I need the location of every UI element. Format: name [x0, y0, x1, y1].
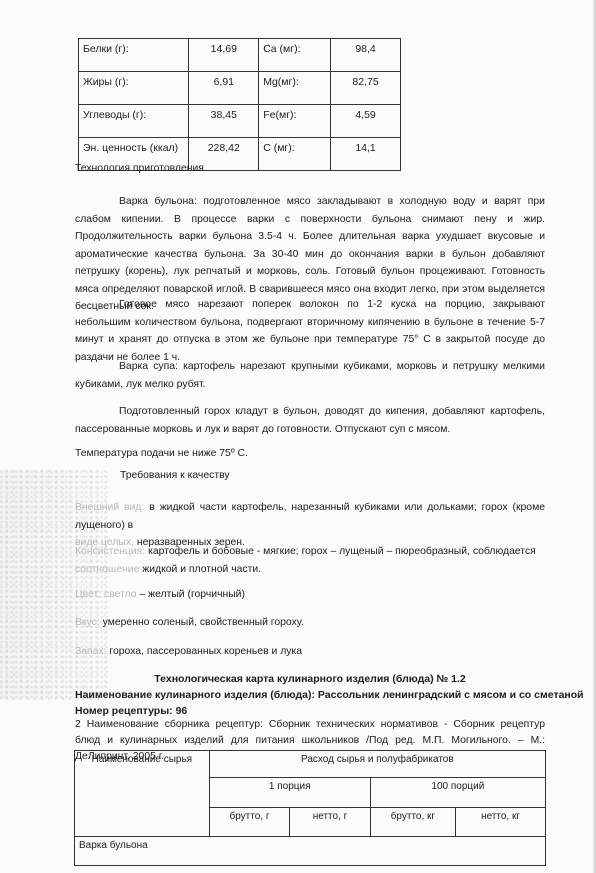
header-netto-kg: нетто, кг	[456, 808, 546, 837]
consistency-text: картофель и бобовые - мягкие; горох – лу…	[145, 546, 536, 557]
table-row: Варка бульона	[75, 837, 546, 866]
taste-label: Вкус:	[75, 617, 100, 628]
nutrient-value: 6,91	[189, 72, 259, 105]
appearance-label: Внешний вид:	[75, 502, 144, 513]
quality-title: Требования к качеству	[120, 467, 230, 485]
technology-title: Технология приготовления	[75, 160, 204, 178]
table-row: Углеводы (г): 38,45 Fe(мг): 4,59	[79, 105, 401, 138]
header-1-portion: 1 порция	[209, 778, 370, 808]
mineral-value: 82,75	[331, 72, 401, 105]
nutrient-label: Белки (г):	[79, 39, 189, 72]
color-label: Цвет: светло	[75, 589, 137, 600]
mineral-value: 4,59	[331, 105, 401, 138]
nutrient-value: 38,45	[189, 105, 259, 138]
table-header-row: Наименование сырья Расход сырья и полуфа…	[75, 751, 546, 778]
header-consumption: Расход сырья и полуфабрикатов	[209, 751, 545, 778]
header-brutto-kg: брутто, кг	[370, 808, 455, 837]
consistency-label: Консистенция:	[75, 546, 145, 557]
nutrient-value: 14,69	[189, 39, 259, 72]
mineral-label: Fe(мг):	[259, 105, 331, 138]
quality-smell: Запах: гороха, пассерованных кореньев и …	[75, 643, 302, 661]
mineral-value: 98,4	[331, 39, 401, 72]
appearance-text: в жидкой части картофель, нарезанный куб…	[75, 502, 545, 531]
smell-label: Запах:	[75, 646, 107, 657]
taste-text: умеренно соленый, свойственный гороху.	[100, 617, 304, 628]
paragraph-soup: Варка супа: картофель нарезают крупными …	[75, 358, 545, 393]
table-row: Жиры (г): 6,91 Mg(мг): 82,75	[79, 72, 401, 105]
quality-color: Цвет: светло – желтый (горчичный)	[75, 586, 245, 604]
recipe-table: Наименование сырья Расход сырья и полуфа…	[74, 750, 546, 866]
serving-temperature: Температура подачи не ниже 75º С.	[75, 445, 248, 463]
quality-consistency: Консистенция: картофель и бобовые - мягк…	[75, 543, 545, 578]
dish-name: Наименование кулинарного изделия (блюда)…	[75, 689, 584, 701]
nutrient-label: Углеводы (г):	[79, 105, 189, 138]
header-100-portions: 100 порций	[370, 778, 545, 808]
header-raw-material: Наименование сырья	[75, 751, 210, 837]
mineral-value: 14,1	[331, 138, 401, 171]
header-netto-g: нетто, г	[290, 808, 370, 837]
tech-card-title: Технологическая карта кулинарного издели…	[75, 673, 545, 685]
color-text: – желтый (горчичный)	[137, 589, 245, 600]
consistency-text2: жидкой и плотной части.	[139, 564, 261, 575]
paragraph-meat: Готовое мясо нарезают поперек волокон по…	[75, 296, 545, 366]
paragraph-peas: Подготовленный горох кладут в бульон, до…	[75, 403, 545, 438]
section-row-broth: Варка бульона	[75, 837, 546, 866]
nutrition-table: Белки (г): 14,69 Ca (мг): 98,4 Жиры (г):…	[78, 38, 401, 171]
mineral-label: C (мг):	[259, 138, 331, 171]
quality-taste: Вкус: умеренно соленый, свойственный гор…	[75, 614, 304, 632]
mineral-label: Mg(мг):	[259, 72, 331, 105]
consistency-faded: соотношение	[75, 564, 139, 575]
smell-text: гороха, пассерованных кореньев и лука	[107, 646, 302, 657]
mineral-label: Ca (мг):	[259, 39, 331, 72]
nutrient-label: Жиры (г):	[79, 72, 189, 105]
table-row: Белки (г): 14,69 Ca (мг): 98,4	[79, 39, 401, 72]
header-brutto-g: брутто, г	[209, 808, 290, 837]
recipe-number: Номер рецептуры: 96	[75, 705, 187, 717]
scanned-document-page: Белки (г): 14,69 Ca (мг): 98,4 Жиры (г):…	[0, 0, 596, 873]
